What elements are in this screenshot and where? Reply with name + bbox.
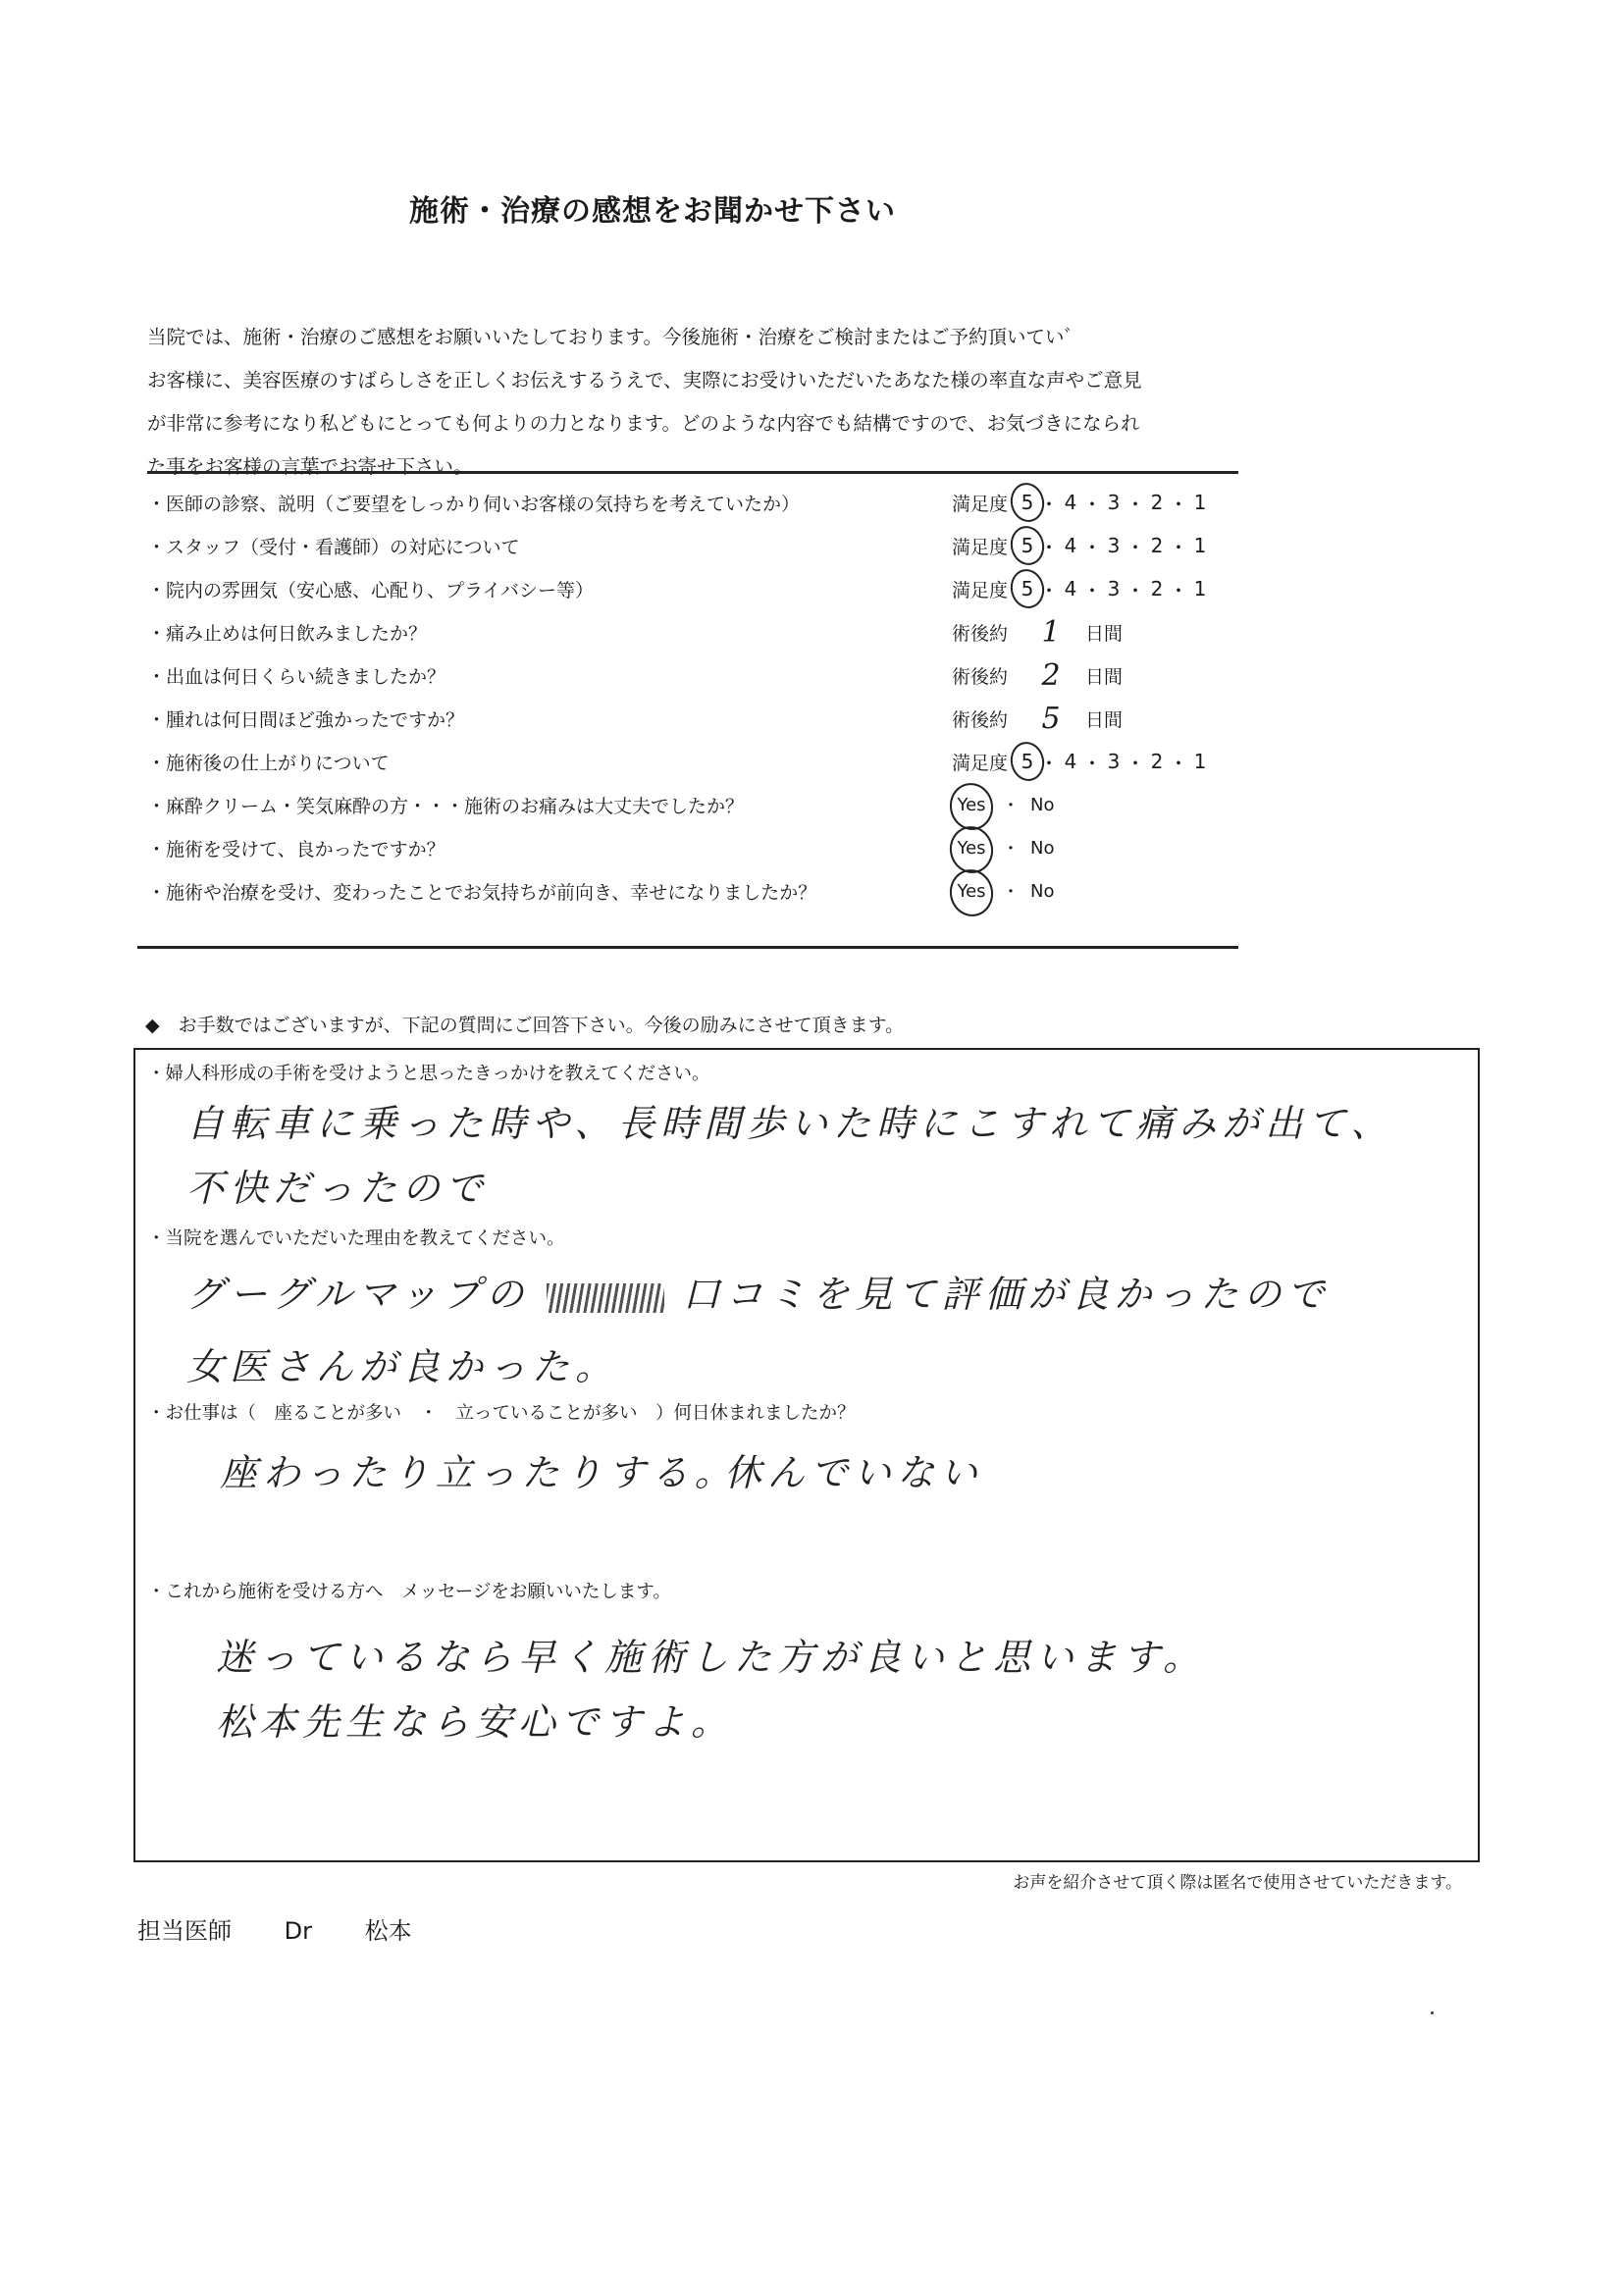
days-value-field[interactable]: 2 <box>1017 658 1085 693</box>
satisfaction-scale[interactable]: 満足度 5・ 4・ 3・ 2・ 1 <box>952 532 1256 560</box>
question-label: ・腫れは何日間ほど強かったですか？ <box>147 705 952 732</box>
question-label: ・痛み止めは何日飲みましたか？ <box>147 619 952 646</box>
satisfaction-label: 満足度 <box>952 749 1017 775</box>
rating-row-doctor: ・医師の診察、説明（ご要望をしっかり伺いお客様の気持ちを考えていたか） 満足度 … <box>147 481 1256 524</box>
answer-motivation-line-2[interactable]: 不快だったので <box>186 1158 489 1212</box>
no-option[interactable]: No <box>1030 795 1054 815</box>
scale-option-1[interactable]: 1 <box>1189 534 1211 557</box>
scale-option-1[interactable]: 1 <box>1189 491 1211 514</box>
doctor-prefix: Dr <box>285 1917 312 1945</box>
yes-no-choice: Yes ・ No <box>952 792 1256 817</box>
days-prefix: 術後約 <box>952 662 1017 689</box>
answer-motivation-line-1[interactable]: 自転車に乗った時や、長時間歩いた時にこすれて痛みが出て、 <box>186 1093 1393 1147</box>
intro-paragraph: 当院では、施術・治療のご感想をお願いいたしております。今後施術・治療をご検討また… <box>147 316 1256 489</box>
crossed-out-scribble <box>547 1283 664 1313</box>
days-row-bleeding: ・出血は何日くらい続きましたか？ 術後約 2 日間 <box>147 653 1256 697</box>
answer-work-line-2[interactable]: 休んでいない <box>724 1442 983 1496</box>
scale-option-1[interactable]: 1 <box>1189 750 1211 773</box>
scale-option-4[interactable]: 4 <box>1060 534 1081 557</box>
scale-option-5-selected[interactable]: 5 <box>1017 491 1038 514</box>
satisfaction-scale[interactable]: 満足度 5・ 4・ 3・ 2・ 1 <box>952 489 1256 517</box>
section-heading: ◆ お手数ではございますが、下記の質問にご回答下さい。今後の励みにさせて頂きます… <box>145 1011 904 1037</box>
top-divider <box>147 471 1238 474</box>
scale-option-4[interactable]: 4 <box>1060 750 1081 773</box>
no-option[interactable]: No <box>1030 881 1054 902</box>
scale-option-5-selected[interactable]: 5 <box>1017 577 1038 600</box>
satisfaction-scale[interactable]: 満足度 5・ 4・ 3・ 2・ 1 <box>952 748 1256 776</box>
days-answer: 術後約 1 日間 <box>952 615 1256 650</box>
yes-no-choice: Yes ・ No <box>952 835 1256 861</box>
page-title: 施術・治療の感想をお聞かせ下さい <box>0 186 1305 230</box>
satisfaction-label: 満足度 <box>952 490 1017 516</box>
yes-no-choice: Yes ・ No <box>952 878 1256 904</box>
scale-option-2[interactable]: 2 <box>1146 491 1168 514</box>
days-row-painkillers: ・痛み止めは何日飲みましたか？ 術後約 1 日間 <box>147 610 1256 653</box>
scale-option-3[interactable]: 3 <box>1103 491 1125 514</box>
separator: ・ <box>991 878 1030 904</box>
days-suffix: 日間 <box>1085 705 1123 732</box>
question-label: ・出血は何日くらい続きましたか？ <box>147 662 952 689</box>
scale-option-4[interactable]: 4 <box>1060 577 1081 600</box>
question-label: ・スタッフ（受付・看護師）の対応について <box>147 533 952 559</box>
scale-option-3[interactable]: 3 <box>1103 577 1125 600</box>
intro-line: お客様に、美容医療のすばらしさを正しくお伝えするうえで、実際にお受けいただいたあ… <box>147 359 1256 402</box>
attending-doctor: 担当医師 Dr 松本 <box>137 1911 457 1946</box>
rating-row-finish: ・施術後の仕上がりについて 満足度 5・ 4・ 3・ 2・ 1 <box>147 740 1256 783</box>
yes-option-selected[interactable]: Yes <box>952 838 991 859</box>
scale-option-5-selected[interactable]: 5 <box>1017 534 1038 557</box>
rating-row-atmosphere: ・院内の雰囲気（安心感、心配り、プライバシー等） 満足度 5・ 4・ 3・ 2・… <box>147 567 1256 610</box>
satisfaction-label: 満足度 <box>952 576 1017 602</box>
separator: ・ <box>991 792 1030 817</box>
days-answer: 術後約 2 日間 <box>952 658 1256 693</box>
scale-option-2[interactable]: 2 <box>1146 750 1168 773</box>
question-work: ・お仕事は（ 座ることが多い ・ 立っていることが多い ）何日休まれましたか？ <box>147 1399 856 1425</box>
question-label: ・施術を受けて、良かったですか？ <box>147 835 952 861</box>
answer-work-line-1[interactable]: 座わったり立ったりする。 <box>220 1442 738 1496</box>
scale-option-4[interactable]: 4 <box>1060 491 1081 514</box>
days-suffix: 日間 <box>1085 662 1123 689</box>
question-label: ・施術や治療を受け、変わったことでお気持ちが前向き、幸せになりましたか？ <box>147 878 952 905</box>
intro-line: 当院では、施術・治療のご感想をお願いいたしております。今後施術・治療をご検討また… <box>147 316 1256 359</box>
yesno-row-anesthesia: ・麻酔クリーム・笑気麻酔の方・・・施術のお痛みは大丈夫でしたか？ Yes ・ N… <box>147 783 1256 826</box>
question-reason: ・当院を選んでいただいた理由を教えてください。 <box>147 1225 565 1250</box>
free-answer-box: ・婦人科形成の手術を受けようと思ったきっかけを教えてください。 自転車に乗った時… <box>133 1048 1480 1862</box>
days-row-swelling: ・腫れは何日間ほど強かったですか？ 術後約 5 日間 <box>147 697 1256 740</box>
scale-option-2[interactable]: 2 <box>1146 534 1168 557</box>
rating-row-staff: ・スタッフ（受付・看護師）の対応について 満足度 5・ 4・ 3・ 2・ 1 <box>147 524 1256 567</box>
no-option[interactable]: No <box>1030 838 1054 859</box>
days-prefix: 術後約 <box>952 619 1017 646</box>
intro-line: が非常に参考になり私どもにとっても何よりの力となります。どのような内容でも結構で… <box>147 402 1256 445</box>
scale-option-2[interactable]: 2 <box>1146 577 1168 600</box>
question-motivation: ・婦人科形成の手術を受けようと思ったきっかけを教えてください。 <box>147 1060 710 1085</box>
answer-text: 口コミを見て評価が良かったので <box>683 1273 1331 1316</box>
days-answer: 術後約 5 日間 <box>952 702 1256 736</box>
question-label: ・院内の雰囲気（安心感、心配り、プライバシー等） <box>147 576 952 602</box>
days-value-field[interactable]: 1 <box>1017 615 1085 650</box>
scale-option-3[interactable]: 3 <box>1103 534 1125 557</box>
yes-option-selected[interactable]: Yes <box>952 881 991 902</box>
question-label: ・麻酔クリーム・笑気麻酔の方・・・施術のお痛みは大丈夫でしたか？ <box>147 792 952 818</box>
yesno-row-satisfied: ・施術を受けて、良かったですか？ Yes ・ No <box>147 826 1256 869</box>
separator: ・ <box>991 835 1030 861</box>
scale-option-3[interactable]: 3 <box>1103 750 1125 773</box>
scale-option-1[interactable]: 1 <box>1189 577 1211 600</box>
days-suffix: 日間 <box>1085 619 1123 646</box>
answer-reason-line-1[interactable]: グーグルマップの 口コミを見て評価が良かったので <box>186 1264 1331 1318</box>
bottom-divider <box>137 946 1238 949</box>
answer-text: グーグルマップの <box>186 1273 529 1316</box>
scale-option-5-selected[interactable]: 5 <box>1017 750 1038 773</box>
satisfaction-label: 満足度 <box>952 533 1017 559</box>
question-label: ・施術後の仕上がりについて <box>147 749 952 775</box>
question-message: ・これから施術を受ける方へ メッセージをお願いいたします。 <box>147 1578 671 1603</box>
days-value-field[interactable]: 5 <box>1017 702 1085 736</box>
doctor-name: 松本 <box>365 1917 412 1945</box>
anonymity-footnote: お声を紹介させて頂く際は匿名で使用させていただきます。 <box>0 1868 1462 1893</box>
answer-message-line-1[interactable]: 迷っているなら早く施術した方が良いと思います。 <box>216 1627 1206 1681</box>
scan-speck <box>1431 2011 1434 2014</box>
yes-option-selected[interactable]: Yes <box>952 795 991 815</box>
answer-message-line-2[interactable]: 松本先生なら安心ですよ。 <box>216 1692 734 1746</box>
question-label: ・医師の診察、説明（ご要望をしっかり伺いお客様の気持ちを考えていたか） <box>147 490 952 516</box>
satisfaction-scale[interactable]: 満足度 5・ 4・ 3・ 2・ 1 <box>952 575 1256 603</box>
yesno-row-positive: ・施術や治療を受け、変わったことでお気持ちが前向き、幸せになりましたか？ Yes… <box>147 869 1256 913</box>
answer-reason-line-2[interactable]: 女医さんが良かった。 <box>186 1336 618 1390</box>
doctor-label: 担当医師 <box>137 1917 232 1945</box>
days-prefix: 術後約 <box>952 705 1017 732</box>
